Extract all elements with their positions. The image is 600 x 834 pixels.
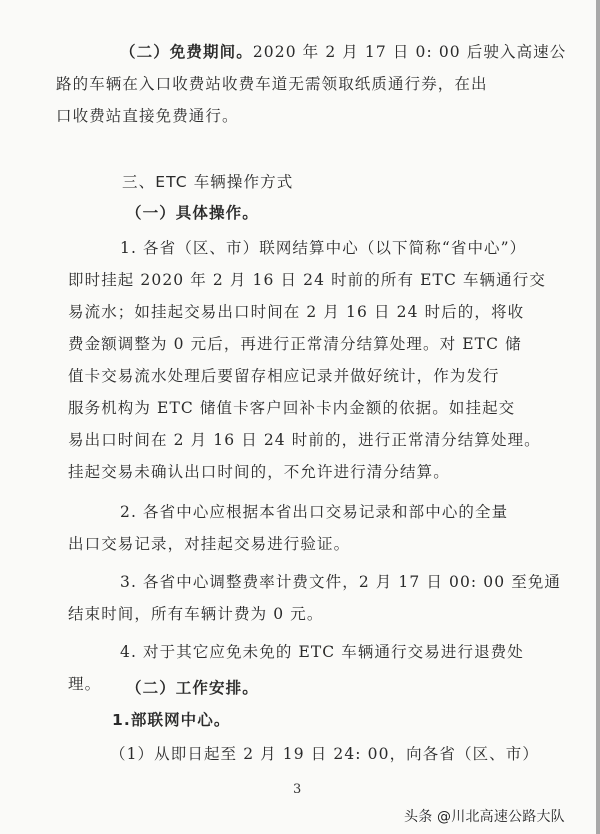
item-3-line-1: 3. 各省中心调整费率计费文件，2 月 17 日 00: 00 至免通 [120,572,561,592]
ministry-item-1-line-1: （1）从即日起至 2 月 19 日 24: 00，向各省（区、市） [110,744,539,764]
page-number: 3 [293,782,301,797]
item-3-line-2: 结束时间，所有车辆计费为 0 元。 [68,604,323,624]
subsection-work-arrangement-heading: （二）工作安排。 [126,678,259,698]
ministry-network-center-heading: 1.部联网中心。 [112,710,230,730]
subsection-specific-operations-heading: （一）具体操作。 [126,203,259,223]
item-1-line-6: 服务机构为 ETC 储值卡客户回补卡内金额的依据。如挂起交 [68,398,515,418]
document-page: （二）免费期间。2020 年 2 月 17 日 0: 00 后驶入高速公 路的车… [0,0,596,834]
free-period-heading: （二）免费期间。 [120,43,253,61]
item-1-line-1: 1. 各省（区、市）联网结算中心（以下简称“省中心”） [120,238,526,258]
free-period-line-2: 路的车辆在入口收费站收费车道无需领取纸质通行券，在出 [56,74,488,94]
free-period-text-1: 2020 年 2 月 17 日 0: 00 后驶入高速公 [253,43,567,61]
item-1-line-4: 费金额调整为 0 元后，再进行正常清分结算处理。对 ETC 储 [68,334,522,354]
page-edge-border [596,0,600,834]
item-4-line-2: 理。 [68,674,101,694]
watermark-text: 头条 @川北高速公路大队 [404,806,565,826]
item-2-line-1: 2. 各省中心应根据本省出口交易记录和部中心的全量 [120,502,508,522]
free-period-line-1: （二）免费期间。2020 年 2 月 17 日 0: 00 后驶入高速公 [120,42,566,62]
free-period-line-3: 口收费站直接免费通行。 [56,106,239,126]
item-1-line-2: 即时挂起 2020 年 2 月 16 日 24 时前的所有 ETC 车辆通行交 [68,270,546,290]
item-4-line-1: 4. 对于其它应免未免的 ETC 车辆通行交易进行退费处 [120,642,524,662]
item-1-line-3: 易流水；如挂起交易出口时间在 2 月 16 日 24 时后的，将收 [68,302,524,322]
item-1-line-7: 易出口时间在 2 月 16 日 24 时前的，进行正常清分结算处理。 [68,430,541,450]
item-1-line-5: 值卡交易流水处理后要留存相应记录并做好统计，作为发行 [68,366,500,386]
item-2-line-2: 出口交易记录，对挂起交易进行验证。 [68,534,350,554]
section-3-heading: 三、ETC 车辆操作方式 [122,172,293,192]
item-1-line-8: 挂起交易未确认出口时间的，不允许进行清分结算。 [68,462,450,482]
